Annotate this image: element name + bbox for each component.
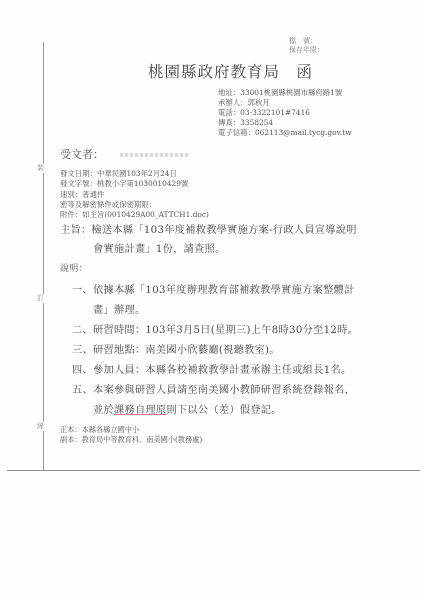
subject-line-1: 主旨：檢送本縣「103年度補救教學實施方案-行政人員宣導說明 <box>60 224 357 237</box>
binding-char-2: 訂 <box>37 294 44 303</box>
recipient-redacted <box>120 153 190 157</box>
contact-address: 地址：33001桃園縣桃園市縣府路1號 <box>218 88 352 98</box>
contact-phone: 電話：03-3322101#7416 <box>218 108 352 118</box>
explanation-label: 說明： <box>60 263 88 276</box>
explanation-item-1-line-1: 一、依據本縣「103年度辦理教育部補救教學實施方案整體計 <box>72 284 355 297</box>
explanation-item-1-line-2: 畫」辦理。 <box>93 304 145 317</box>
issue-date: 發文日期：中華民國103年2月24日 <box>60 169 209 179</box>
item-5-underlined-text: 課務自理原 <box>114 405 166 416</box>
contact-fax: 傳真：3358254 <box>218 118 352 128</box>
recipient-row: 受文者： <box>60 146 190 162</box>
contact-email: 電子信箱：062113@mail.tycg.gov.tw <box>218 128 352 138</box>
explanation-item-2: 二、研習時間：103年3月5日(星期三)上午8時30分至12時。 <box>72 324 358 337</box>
explanation-item-3: 三、研習地點：南美國小欣藝廳(視聽教室)。 <box>72 344 280 357</box>
page-bottom-rule <box>7 470 420 471</box>
binding-char-1: 裝 <box>37 164 44 173</box>
distribution-copy: 副本：教育局中等教育科、南美國小(教務處) <box>60 435 202 445</box>
meta-block: 發文日期：中華民國103年2月24日 發文字號：桃教小字第1030010429號… <box>60 169 209 220</box>
contact-handler: 承辦人：郭秋月 <box>218 98 352 108</box>
file-number-label: 檔 號： <box>289 37 317 45</box>
document-title: 桃園縣政府教育局 函 <box>148 60 313 82</box>
subject-line-2: 會實施計畫」1份，請查照。 <box>93 243 226 256</box>
item-5-text-pre: 並於 <box>93 405 114 416</box>
item-5-text-post: 則下以公（差）假登記。 <box>166 405 281 416</box>
contact-block: 地址：33001桃園縣桃園市縣府路1號 承辦人：郭秋月 電話：03-332210… <box>218 88 352 138</box>
explanation-item-5-line-1: 五、本案參與研習人員請至南美國小教師研習系統登錄報名， <box>72 384 355 397</box>
document-page: 裝 訂 線 檔 號： 保存年限： 桃園縣政府教育局 函 地址：33001桃園縣桃… <box>0 0 424 600</box>
distribution-block: 正本：本縣各縣立國中小 副本：教育局中等教育科、南美國小(教務處) <box>60 425 202 445</box>
secrecy-level: 密等及解密條件或保密期限： <box>60 200 209 210</box>
explanation-item-4: 四、參加人員：本縣各校補救教學計畫承辦主任或組長1名。 <box>72 364 351 377</box>
recipient-label: 受文者： <box>60 148 104 161</box>
retention-period-label: 保存年限： <box>289 46 324 54</box>
distribution-main: 正本：本縣各縣立國中小 <box>60 425 202 435</box>
binding-char-3: 線 <box>37 422 44 431</box>
delivery-speed: 速別：普通件 <box>60 190 209 200</box>
binding-line <box>43 42 44 471</box>
document-number: 發文字號：桃教小字第1030010429號 <box>60 179 209 189</box>
explanation-item-5-line-2: 並於課務自理原則下以公（差）假登記。 <box>93 404 282 417</box>
attachment: 附件：如主旨(0010429A00_ATTCH1.doc) <box>60 210 209 220</box>
